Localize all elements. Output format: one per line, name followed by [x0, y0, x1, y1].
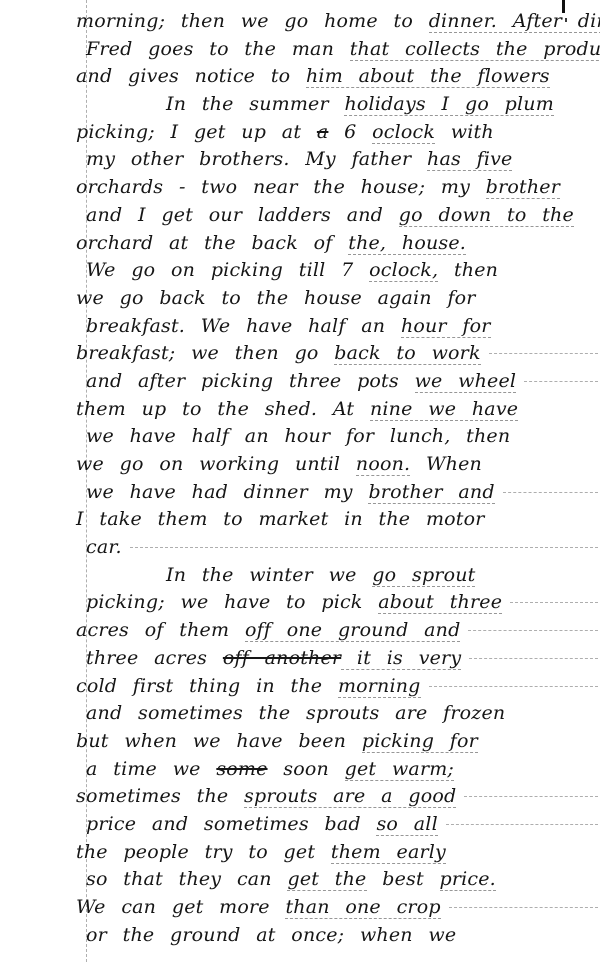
handwritten-line: price and sometimes bad so all [70, 813, 598, 841]
text-segment: We go on picking till 7 [86, 259, 369, 281]
handwritten-line: cold first thing in the morning [70, 675, 598, 703]
text-segment: acres of them [76, 619, 245, 641]
handwritten-line: so that they can get the best price. [70, 868, 598, 896]
ruled-text-segment: go down to the [399, 204, 574, 227]
handwritten-line: a time we some soon get warm; [70, 758, 598, 786]
ruled-text-segment: brother [486, 176, 560, 199]
text-segment: and gives notice to [76, 65, 306, 87]
ruled-line-fragment [449, 907, 598, 908]
handwritten-line: or the ground at once; when we [70, 924, 598, 952]
ruled-text-segment: it is very [341, 647, 461, 670]
text-segment: orchards - two near the house; my [76, 176, 486, 198]
text-segment: a time we [86, 758, 216, 780]
ruled-line-fragment [524, 381, 598, 382]
handwritten-line: the people try to get them early [70, 841, 598, 869]
ruled-text-segment: has five [427, 148, 512, 171]
ruled-text-segment: oclock [372, 121, 435, 144]
handwritten-line: In the summer holidays I go plum [70, 93, 598, 121]
text-segment: and I get our ladders and [86, 204, 399, 226]
ruled-line-fragment [489, 353, 598, 354]
handwritten-line: sometimes the sprouts are a good [70, 785, 598, 813]
handwritten-line: we have half an hour for lunch, then [70, 425, 598, 453]
ruled-text-segment: than one crop [285, 896, 440, 919]
text-segment: my other brothers. My father [86, 148, 427, 170]
text-segment: Fred goes to the man [86, 38, 350, 60]
text-segment: We can get more [76, 896, 285, 918]
text-segment: we go on working until [76, 453, 356, 475]
text-segment: with [435, 121, 494, 143]
handwritten-line: my other brothers. My father has five [70, 148, 598, 176]
handwritten-line: Fred goes to the man that collects the p… [70, 38, 598, 66]
text-segment: In the winter we [166, 564, 372, 586]
ruled-line-fragment [510, 602, 598, 603]
text-segment: I take them to market in the motor [76, 508, 485, 530]
ruled-text-segment: hour for [401, 315, 491, 338]
ruled-text-segment: price. [440, 868, 496, 891]
text-segment: we have half an hour for lunch, then [86, 425, 510, 447]
handwritten-line: acres of them off one ground and [70, 619, 598, 647]
ruled-text-segment: the, house. [348, 232, 466, 255]
ruled-text-segment: get warm; [345, 758, 454, 781]
text-segment: orchard at the back of [76, 232, 348, 254]
ruled-text-segment: holidays I go plum [344, 93, 553, 116]
handwritten-line: and I get our ladders and go down to the [70, 204, 598, 232]
text-segment: picking; we have to pick [86, 591, 378, 613]
handwritten-line: picking; I get up at a 6 oclock with [70, 121, 598, 149]
ruled-text-segment: sprouts are a good [244, 785, 456, 808]
ruled-text-segment: brother and [368, 481, 494, 504]
handwritten-line: morning; then we go home to dinner. Afte… [70, 10, 598, 38]
ruled-line-fragment [468, 630, 598, 631]
text-segment: three acres [86, 647, 223, 669]
ruled-text-segment: that collects the produce [350, 38, 600, 61]
handwritten-line: but when we have been picking for [70, 730, 598, 758]
handwritten-line: and gives notice to him about the flower… [70, 65, 598, 93]
text-segment: cold first thing in the [76, 675, 338, 697]
text-segment: but when we have been [76, 730, 362, 752]
handwritten-line: we go on working until noon. When [70, 453, 598, 481]
handwritten-line: breakfast; we then go back to work [70, 342, 598, 370]
text-segment: breakfast; we then go [76, 342, 334, 364]
ruled-line-fragment [469, 658, 598, 659]
text-segment: and sometimes the sprouts are frozen [86, 702, 505, 724]
text-segment: price and sometimes bad [86, 813, 376, 835]
handwritten-line: picking; we have to pick about three [70, 591, 598, 619]
ruled-text-segment: back to work [334, 342, 480, 365]
handwritten-line: and sometimes the sprouts are frozen [70, 702, 598, 730]
handwritten-line: breakfast. We have half an hour for [70, 315, 598, 343]
struck-text-segment: some [216, 758, 267, 780]
ruled-text-segment: go sprout [372, 564, 475, 587]
handwritten-line: them up to the shed. At nine we have [70, 398, 598, 426]
ruled-text-segment: so all [376, 813, 437, 836]
ruled-text-segment: off one ground and [245, 619, 461, 642]
ruled-text-segment: noon. [356, 453, 410, 476]
ruled-text-segment: them early [331, 841, 446, 864]
text-segment: we go back to the house again for [76, 287, 476, 309]
struck-text-segment: a [317, 121, 329, 143]
text-segment: so that they can [86, 868, 287, 890]
text-segment: morning; then we go home to [76, 10, 429, 32]
text-segment: then [438, 259, 498, 281]
ruled-text-segment: get the [287, 868, 366, 891]
text-segment: car. [86, 536, 122, 558]
ruled-text-segment: oclock, [369, 259, 438, 282]
handwritten-line: We can get more than one crop [70, 896, 598, 924]
text-segment: breakfast. We have half an [86, 315, 401, 337]
handwritten-line: orchard at the back of the, house. [70, 232, 598, 260]
struck-text-segment: off another [223, 647, 341, 669]
text-segment: the people try to get [76, 841, 331, 863]
text-segment: 6 [328, 121, 372, 143]
text-segment: picking; I get up at [76, 121, 317, 143]
handwritten-line: and after picking three pots we wheel [70, 370, 598, 398]
text-segment: In the summer [166, 93, 344, 115]
handwritten-line: three acres off another it is very [70, 647, 598, 675]
ruled-text-segment: nine we have [370, 398, 518, 421]
handwritten-text-body: morning; then we go home to dinner. Afte… [70, 10, 598, 951]
text-segment: sometimes the [76, 785, 244, 807]
ruled-text-segment: we wheel [415, 370, 517, 393]
ruled-line-fragment [503, 492, 598, 493]
text-segment: or the ground at once; when we [86, 924, 456, 946]
ruled-line-fragment [130, 547, 598, 548]
text-segment: and after picking three pots [86, 370, 415, 392]
text-segment: soon [268, 758, 345, 780]
handwritten-line: We go on picking till 7 oclock, then [70, 259, 598, 287]
handwritten-line: In the winter we go sprout [70, 564, 598, 592]
ruled-text-segment: dinner. After dinner [429, 10, 600, 33]
text-segment: best [367, 868, 440, 890]
text-segment: When [410, 453, 482, 475]
handwritten-line: we have had dinner my brother and [70, 481, 598, 509]
handwritten-line: I take them to market in the motor [70, 508, 598, 536]
scanned-page: morning; then we go home to dinner. Afte… [0, 0, 600, 962]
ruled-line-fragment [446, 824, 598, 825]
text-segment: we have had dinner my [86, 481, 368, 503]
ruled-line-fragment [429, 686, 598, 687]
ruled-text-segment: him about the flowers [306, 65, 550, 88]
text-segment: them up to the shed. At [76, 398, 370, 420]
ruled-text-segment: picking for [362, 730, 478, 753]
ruled-text-segment: morning [338, 675, 421, 698]
ruled-line-fragment [464, 796, 598, 797]
handwritten-line: car. [70, 536, 598, 564]
handwritten-line: we go back to the house again for [70, 287, 598, 315]
handwritten-line: orchards - two near the house; my brothe… [70, 176, 598, 204]
ruled-text-segment: about three [378, 591, 502, 614]
